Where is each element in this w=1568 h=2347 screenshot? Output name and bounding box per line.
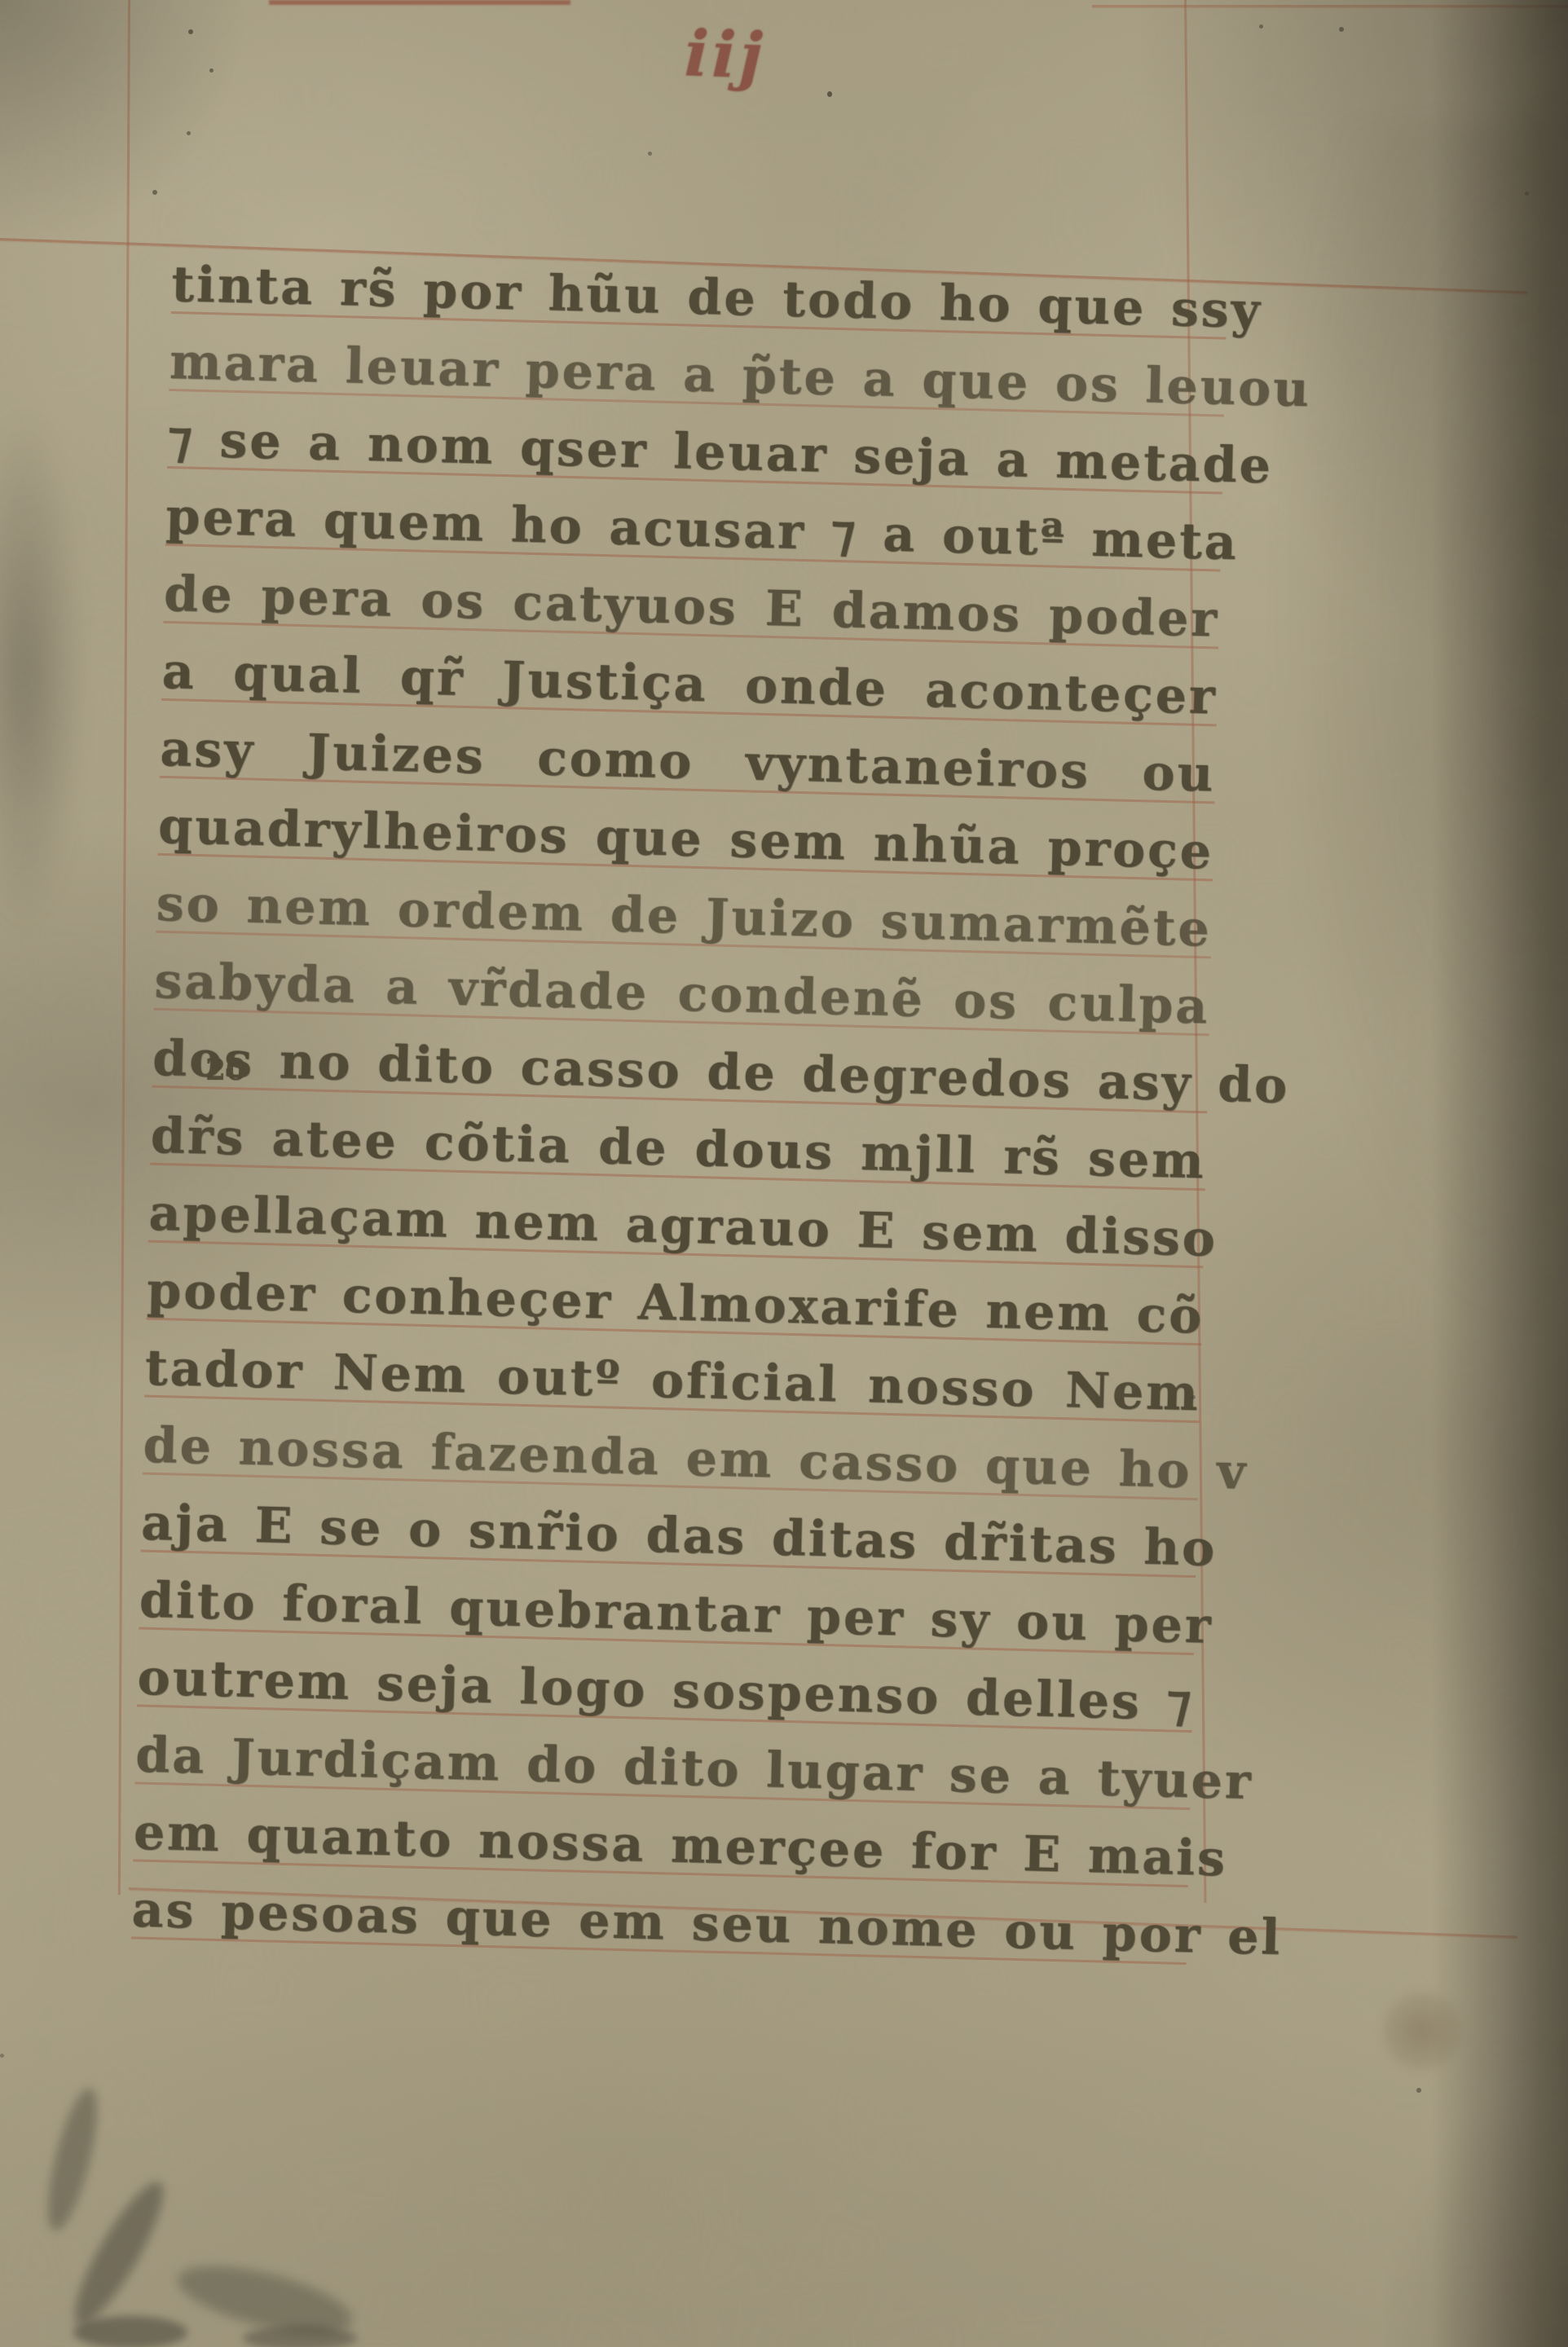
- ruled-line-top-edge: [1092, 5, 1568, 7]
- stain-bottom-edge: [243, 2326, 357, 2347]
- ink-speck: [0, 2054, 4, 2058]
- ink-speck: [1525, 192, 1529, 196]
- red-streak-top-edge: [269, 0, 570, 5]
- page-edge-shadow-right: [1431, 0, 1568, 2347]
- ink-speck: [1339, 27, 1344, 32]
- ruled-line-left-margin: [118, 0, 130, 1895]
- text-block: tinta rs̃ por hũu de todo ho que ssy mar…: [131, 236, 1228, 1965]
- smudge-left-edge: [0, 407, 86, 937]
- shadow-band-right: [1271, 122, 1568, 1345]
- crease-bottom-left: [172, 2252, 359, 2346]
- ink-speck: [648, 152, 652, 156]
- folio-number: iij: [683, 16, 767, 93]
- ink-speck: [152, 190, 157, 195]
- stain-bottom-right: [1381, 1990, 1463, 2072]
- ink-speck: [187, 131, 191, 135]
- ink-speck: [1191, 1395, 1196, 1399]
- ink-speck: [1416, 2088, 1421, 2093]
- ink-speck: [827, 91, 832, 97]
- stain-bottom-edge: [73, 2316, 187, 2347]
- manuscript-page: iij 20 tinta rs̃ por hũu de todo ho que …: [0, 0, 1568, 2347]
- ink-speck: [209, 68, 214, 73]
- crease-bottom-left: [61, 2173, 177, 2333]
- corner-shadow-bottom-right: [1385, 2086, 1568, 2347]
- ink-speck: [1259, 24, 1263, 29]
- ink-speck: [188, 29, 193, 34]
- crease-bottom-left: [38, 2085, 107, 2235]
- corner-shadow-top-left: [0, 0, 244, 244]
